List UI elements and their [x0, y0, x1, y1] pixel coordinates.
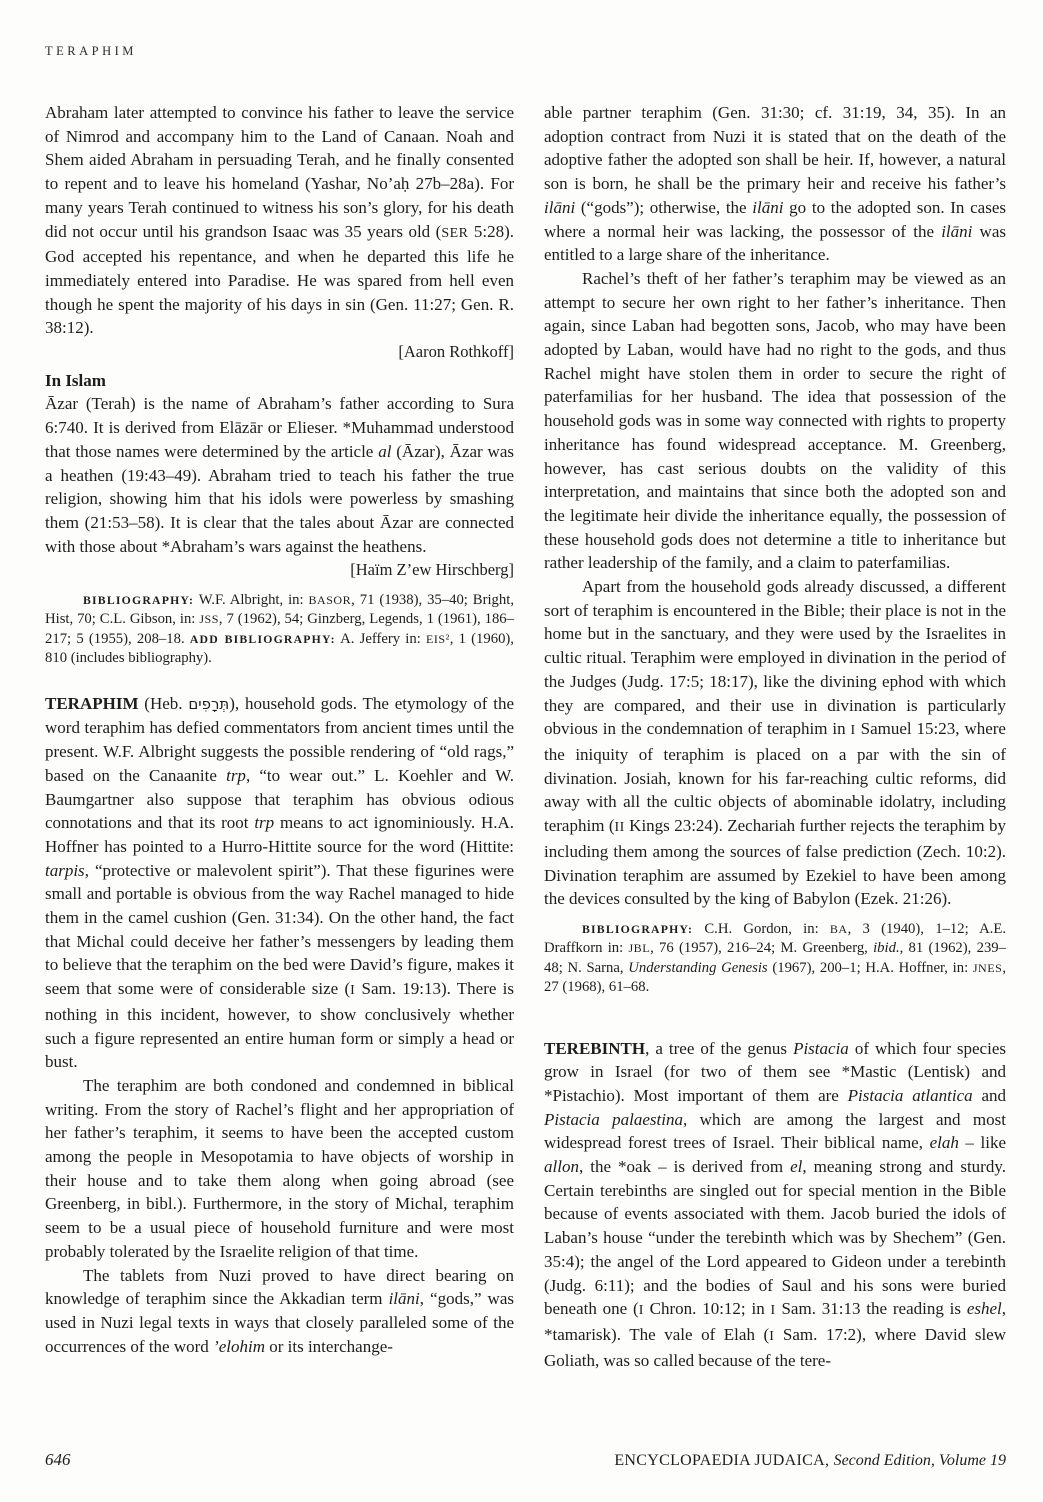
- nuzi-continuation-paragraph: able partner teraphim (Gen. 31:30; cf. 3…: [544, 101, 1006, 267]
- text-segment: , a tree of the genus: [645, 1039, 793, 1058]
- text-segment: ilāni: [544, 198, 575, 217]
- text-segment: trp: [254, 813, 274, 832]
- text-segment: In Islam: [45, 371, 106, 390]
- in-islam-paragraph: Āzar (Terah) is the name of Abraham’s fa…: [45, 392, 514, 558]
- text-segment: Understanding Genesis: [628, 960, 767, 976]
- text-segment: el: [790, 1157, 802, 1176]
- edition-label: Second Edition, Volume 19: [834, 1452, 1006, 1469]
- bibliography-terah: BIBLIOGRAPHY: W.F. Albright, in: BASOR, …: [45, 591, 514, 669]
- left-column: Abraham later attempted to convince his …: [45, 101, 514, 1358]
- text-segment: and: [973, 1086, 1006, 1105]
- text-segment: eshel: [967, 1299, 1002, 1318]
- text-segment: JSS: [199, 612, 219, 626]
- text-segment: Rachel’s theft of her father’s teraphim …: [544, 269, 1006, 572]
- running-header: TERAPHIM: [45, 44, 137, 59]
- text-segment: ilāni: [941, 222, 972, 241]
- text-segment: BASOR: [309, 593, 352, 607]
- text-segment: (“gods”); otherwise, the: [575, 198, 752, 217]
- text-segment: TERAPHIM: [45, 694, 139, 713]
- text-segment: C.H. Gordon, in:: [693, 921, 830, 937]
- text-segment: [Haïm Z’ew Hirschberg]: [350, 560, 514, 579]
- section-heading-in-islam: In Islam: [45, 369, 514, 393]
- text-segment: or its interchange-: [265, 1337, 393, 1356]
- page-number: 646: [45, 1450, 71, 1470]
- text-segment: תְּרָפִים: [188, 695, 229, 713]
- text-segment: The teraphim are both condoned and conde…: [45, 1076, 514, 1261]
- text-segment: ADD BIBLIOGRAPHY:: [190, 633, 336, 646]
- text-segment: TEREBINTH: [544, 1039, 645, 1058]
- text-segment: BIBLIOGRAPHY:: [582, 923, 693, 936]
- entry-teraphim-opening-paragraph: TERAPHIM (Heb. תְּרָפִים), household god…: [45, 692, 514, 1074]
- text-segment: , 76 (1957), 216–24; M. Greenberg,: [650, 940, 873, 956]
- text-segment: Sam. 31:13 the reading is: [776, 1299, 967, 1318]
- text-segment: JBL: [628, 941, 650, 955]
- text-segment: al: [378, 442, 391, 461]
- author-attribution-rothkoff: [Aaron Rothkoff]: [45, 340, 514, 364]
- text-segment: – like: [959, 1133, 1006, 1152]
- text-segment: trp: [226, 766, 246, 785]
- nuzi-tablets-paragraph: The tablets from Nuzi proved to have dir…: [45, 1264, 514, 1359]
- page-footer: 646 ENCYCLOPAEDIA JUDAICA, Second Editio…: [45, 1450, 1006, 1470]
- text-segment: tarpis: [45, 861, 85, 880]
- text-segment: ilāni: [752, 198, 783, 217]
- right-column: able partner teraphim (Gen. 31:30; cf. 3…: [544, 101, 1006, 1372]
- volume-info: ENCYCLOPAEDIA JUDAICA, Second Edition, V…: [614, 1452, 1006, 1470]
- sanctuary-teraphim-paragraph: Apart from the household gods already di…: [544, 575, 1006, 911]
- text-segment: Pistacia atlantica: [848, 1086, 973, 1105]
- text-segment: ’elohim: [213, 1337, 265, 1356]
- text-segment: able partner teraphim (Gen. 31:30; cf. 3…: [544, 103, 1006, 193]
- encyclopedia-page: { "page": { "header_label": "TERAPHIM", …: [0, 0, 1043, 1502]
- author-attribution-hirschberg: [Haïm Z’ew Hirschberg]: [45, 558, 514, 582]
- text-segment: ilāni: [389, 1289, 420, 1308]
- text-segment: SER: [441, 226, 468, 241]
- text-segment: II: [614, 820, 624, 835]
- text-segment: JNES: [973, 961, 1002, 975]
- text-segment: Pistacia palaestina: [544, 1110, 683, 1129]
- text-segment: , the *oak – is derived from: [579, 1157, 790, 1176]
- text-segment: Pistacia: [793, 1039, 849, 1058]
- text-segment: Abraham later attempted to convince his …: [45, 103, 514, 241]
- text-segment: ibid.: [873, 940, 900, 956]
- text-segment: BA: [830, 922, 848, 936]
- text-segment: allon: [544, 1157, 579, 1176]
- text-segment: , “protective or malevolent spirit”). Th…: [45, 861, 514, 999]
- text-segment: (Heb.: [139, 694, 189, 713]
- bibliography-teraphim: BIBLIOGRAPHY: C.H. Gordon, in: BA, 3 (19…: [544, 920, 1006, 998]
- entry-terebinth-opening-paragraph: TEREBINTH, a tree of the genus Pistacia …: [544, 1037, 1006, 1373]
- text-segment: , meaning strong and sturdy. Certain ter…: [544, 1157, 1006, 1318]
- text-segment: Chron. 10:12; in: [644, 1299, 771, 1318]
- text-segment: elah: [930, 1133, 959, 1152]
- text-segment: A. Jeffery in:: [336, 631, 426, 647]
- text-segment: [Aaron Rothkoff]: [398, 342, 514, 361]
- rachels-theft-paragraph: Rachel’s theft of her father’s teraphim …: [544, 267, 1006, 575]
- text-segment: BIBLIOGRAPHY:: [83, 594, 194, 607]
- publication-title: ENCYCLOPAEDIA JUDAICA,: [614, 1452, 833, 1469]
- text-segment: W.F. Albright, in:: [194, 592, 308, 608]
- terah-continuation-paragraph: Abraham later attempted to convince his …: [45, 101, 514, 340]
- text-segment: (1967), 200–1; H.A. Hoffner, in:: [768, 960, 973, 976]
- text-segment: EIS²: [426, 632, 450, 646]
- teraphim-condoned-paragraph: The teraphim are both condoned and conde…: [45, 1074, 514, 1264]
- text-segment: Apart from the household gods already di…: [544, 577, 1006, 738]
